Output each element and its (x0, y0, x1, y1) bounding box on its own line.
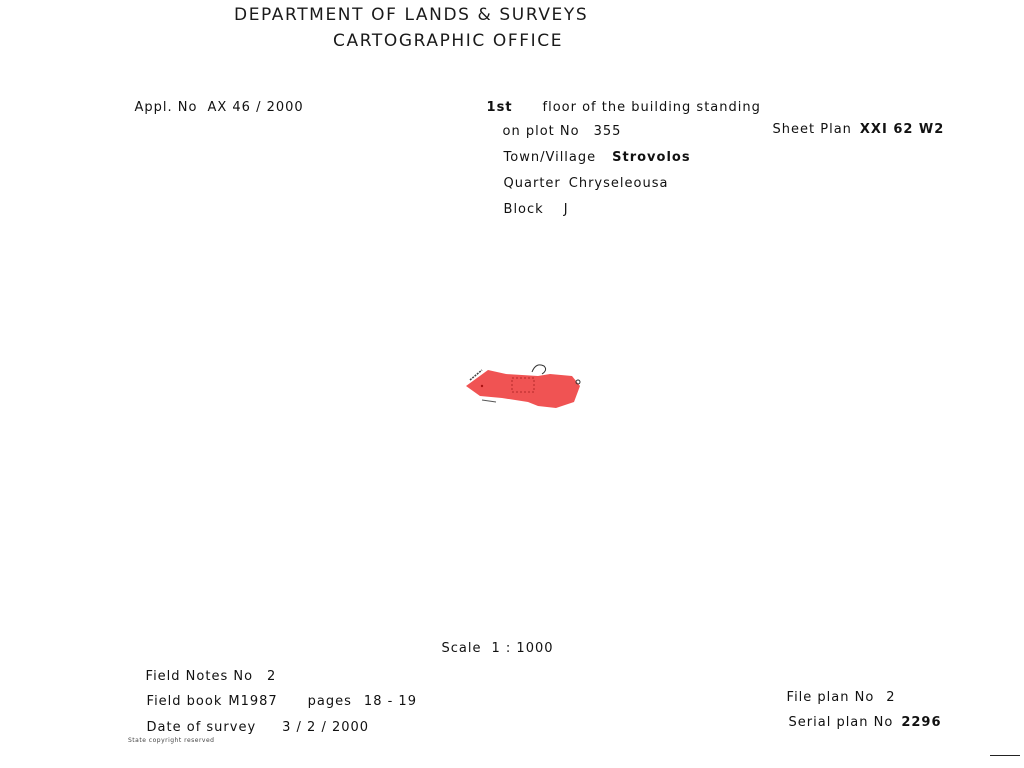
block-label: Block (504, 202, 544, 217)
block-value: J (564, 202, 569, 217)
scale-value: 1 : 1000 (492, 641, 554, 656)
scale-line: Scale1 : 1000 (421, 626, 554, 671)
scale-label: Scale (442, 641, 482, 656)
copyright-note: State copyright reserved (128, 737, 214, 744)
serial-plan-label: Serial plan No (789, 715, 894, 730)
office-title: CARTOGRAPHIC OFFICE (333, 31, 563, 51)
divider-line (990, 755, 1020, 756)
survey-date-value: 3 / 2 / 2000 (282, 720, 369, 735)
pages-value: 18 - 19 (364, 694, 417, 709)
survey-date-label: Date of survey (147, 720, 257, 735)
floor-plan-icon (462, 362, 586, 414)
plan-shape (466, 370, 580, 408)
sheet-plan-value: XXI 62 W2 (860, 122, 944, 137)
application-number: Appl. NoAX 46 / 2000 (114, 85, 304, 130)
serial-plan-value: 2296 (901, 715, 941, 730)
sheet-plan-label: Sheet Plan (773, 122, 852, 137)
serial-plan-line: Serial plan No2296 (768, 700, 942, 745)
block-line: BlockJ (483, 187, 569, 232)
quarter-value: Chryseleousa (569, 176, 669, 191)
application-label: Appl. No (135, 100, 198, 115)
department-title: DEPARTMENT OF LANDS & SURVEYS (234, 5, 588, 25)
application-value: AX 46 / 2000 (207, 100, 303, 115)
sheet-plan-line: Sheet PlanXXI 62 W2 (752, 107, 944, 152)
